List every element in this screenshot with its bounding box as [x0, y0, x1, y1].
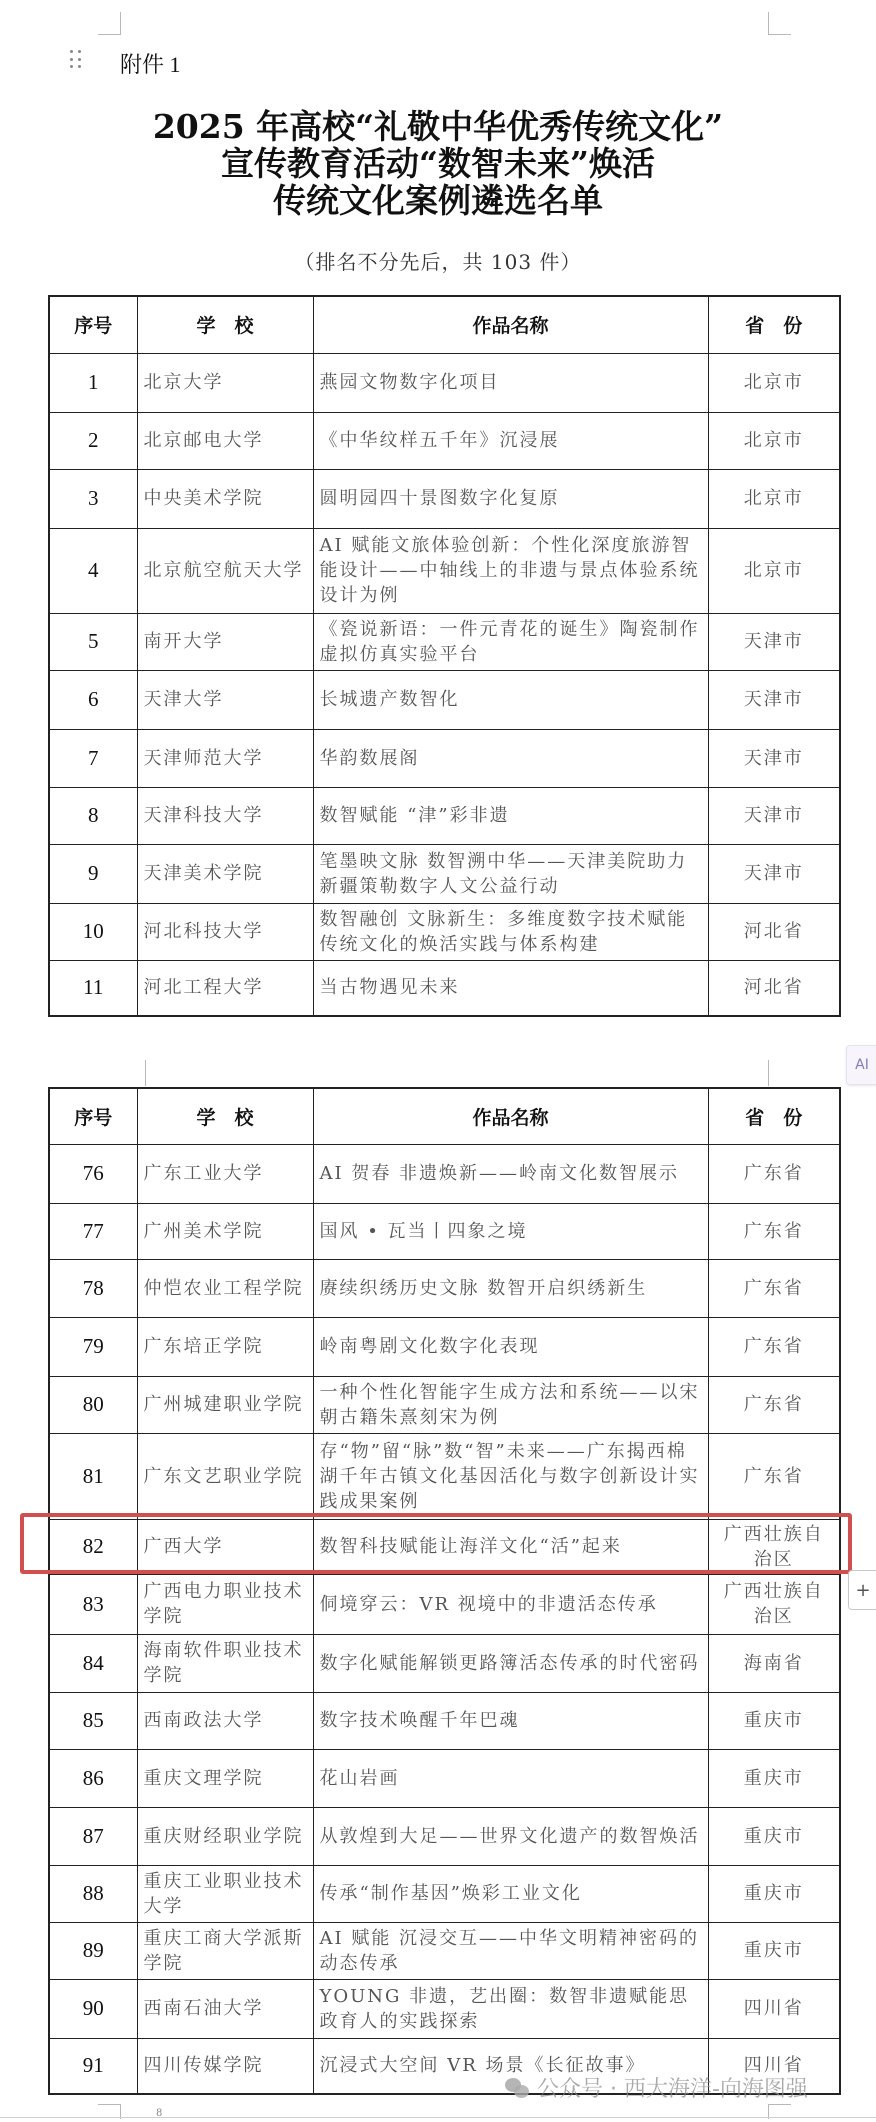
header-province: 省 份: [708, 296, 840, 353]
table-header-row: 序号 学 校 作品名称 省 份: [49, 1088, 840, 1144]
cell-school: 广西电力职业技术学院: [137, 1574, 313, 1634]
table-row: 88重庆工业职业技术大学传承“制作基因”焕彩工业文化重庆市: [49, 1865, 840, 1922]
cell-school: 广东培正学院: [137, 1317, 313, 1376]
cell-school: 北京航空航天大学: [137, 528, 313, 613]
cell-work: 数智科技赋能让海洋文化“活”起来: [313, 1519, 708, 1574]
cell-province: 天津市: [708, 729, 840, 787]
cell-no: 81: [49, 1433, 137, 1519]
header-school: 学 校: [137, 1088, 313, 1144]
cell-school: 广东文艺职业学院: [137, 1433, 313, 1519]
cell-no: 90: [49, 1979, 137, 2038]
wechat-icon: [505, 2076, 531, 2100]
cell-no: 3: [49, 469, 137, 528]
cell-school: 中央美术学院: [137, 469, 313, 528]
title-line-3: 传统文化案例遴选名单: [0, 182, 876, 219]
cell-province: 北京市: [708, 528, 840, 613]
document-subtitle: （排名不分先后，共 103 件）: [0, 246, 876, 275]
cell-work: 笔墨映文脉 数智溯中华——天津美院助力新疆策勒数字人文公益行动: [313, 844, 708, 903]
cell-province: 广东省: [708, 1144, 840, 1203]
cell-province: 天津市: [708, 787, 840, 844]
drag-handle-icon[interactable]: [70, 50, 82, 70]
table-row: 3中央美术学院圆明园四十景图数字化复原北京市: [49, 469, 840, 528]
cell-work: 当古物遇见未来: [313, 960, 708, 1016]
table-row: 84海南软件职业技术学院数字化赋能解锁更路簿活态传承的时代密码海南省: [49, 1634, 840, 1692]
cell-no: 2: [49, 412, 137, 469]
cell-province: 北京市: [708, 412, 840, 469]
cell-province: 海南省: [708, 1634, 840, 1692]
cell-province: 广东省: [708, 1317, 840, 1376]
cell-no: 82: [49, 1519, 137, 1574]
table-row: 85西南政法大学数字技术唤醒千年巴魂重庆市: [49, 1692, 840, 1749]
title-line-2: 宣传教育活动“数智未来”焕活: [0, 145, 876, 182]
selection-table-page-2: 序号 学 校 作品名称 省 份 76广东工业大学AI 贺春 非遗焕新——岭南文化…: [48, 1087, 841, 2095]
cell-no: 91: [49, 2038, 137, 2094]
cell-school: 重庆财经职业学院: [137, 1807, 313, 1865]
cell-school: 北京邮电大学: [137, 412, 313, 469]
cell-work: 燕园文物数字化项目: [313, 353, 708, 412]
header-work: 作品名称: [313, 1088, 708, 1144]
header-school: 学 校: [137, 296, 313, 353]
title-line-1: 2025 年高校“礼敬中华优秀传统文化”: [0, 108, 876, 145]
table-row: 86重庆文理学院花山岩画重庆市: [49, 1749, 840, 1807]
cell-work: 从敦煌到大足——世界文化遗产的数智焕活: [313, 1807, 708, 1865]
watermark: 公众号 · 西大海洋-向海图强: [505, 2072, 808, 2103]
cell-school: 重庆工商大学派斯学院: [137, 1922, 313, 1979]
attachment-label: 附件 1: [120, 48, 181, 79]
cell-school: 重庆文理学院: [137, 1749, 313, 1807]
cell-province: 四川省: [708, 1979, 840, 2038]
cell-work: 存“物”留“脉”数“智”未来——广东揭西棉湖千年古镇文化基因活化与数字创新设计实…: [313, 1433, 708, 1519]
header-province: 省 份: [708, 1088, 840, 1144]
cell-work: 长城遗产数智化: [313, 670, 708, 729]
cell-no: 77: [49, 1203, 137, 1259]
cell-no: 85: [49, 1692, 137, 1749]
cell-no: 76: [49, 1144, 137, 1203]
table-row: 82广西大学数智科技赋能让海洋文化“活”起来广西壮族自治区: [49, 1519, 840, 1574]
cell-school: 天津美术学院: [137, 844, 313, 903]
cell-no: 10: [49, 903, 137, 960]
cell-no: 84: [49, 1634, 137, 1692]
table-row: 81广东文艺职业学院存“物”留“脉”数“智”未来——广东揭西棉湖千年古镇文化基因…: [49, 1433, 840, 1519]
watermark-text: 公众号 · 西大海洋-向海图强: [537, 2072, 808, 2103]
cell-no: 83: [49, 1574, 137, 1634]
cell-work: 侗境穿云：VR 视境中的非遗活态传承: [313, 1574, 708, 1634]
cell-province: 广东省: [708, 1259, 840, 1317]
cell-province: 河北省: [708, 960, 840, 1016]
cell-school: 天津师范大学: [137, 729, 313, 787]
table-row: 77广州美术学院国风 • 瓦当丨四象之境广东省: [49, 1203, 840, 1259]
cell-school: 广州城建职业学院: [137, 1376, 313, 1433]
cell-school: 西南石油大学: [137, 1979, 313, 2038]
header-work: 作品名称: [313, 296, 708, 353]
cell-school: 河北科技大学: [137, 903, 313, 960]
cell-work: AI 贺春 非遗焕新——岭南文化数智展示: [313, 1144, 708, 1203]
cell-province: 北京市: [708, 353, 840, 412]
table-row: 10河北科技大学数智融创 文脉新生：多维度数字技术赋能传统文化的焕活实践与体系构…: [49, 903, 840, 960]
page-corner-mark-mid-left: [123, 1060, 146, 1086]
table-row: 4北京航空航天大学AI 赋能文旅体验创新：个性化深度旅游智能设计——中轴线上的非…: [49, 528, 840, 613]
add-row-button[interactable]: +: [848, 1570, 876, 1610]
cell-school: 海南软件职业技术学院: [137, 1634, 313, 1692]
table-row: 90西南石油大学YOUNG 非遗，艺出圈：数智非遗赋能思政育人的实践探索四川省: [49, 1979, 840, 2038]
ai-assistant-button[interactable]: AI: [846, 1045, 876, 1085]
cell-province: 重庆市: [708, 1865, 840, 1922]
cell-work: 《中华纹样五千年》沉浸展: [313, 412, 708, 469]
header-no: 序号: [49, 296, 137, 353]
cell-no: 86: [49, 1749, 137, 1807]
table-row: 79广东培正学院岭南粤剧文化数字化表现广东省: [49, 1317, 840, 1376]
cell-no: 8: [49, 787, 137, 844]
cell-school: 广东工业大学: [137, 1144, 313, 1203]
cell-no: 9: [49, 844, 137, 903]
cell-no: 80: [49, 1376, 137, 1433]
header-no: 序号: [49, 1088, 137, 1144]
cell-work: YOUNG 非遗，艺出圈：数智非遗赋能思政育人的实践探索: [313, 1979, 708, 2038]
table-row: 89重庆工商大学派斯学院AI 赋能 沉浸交互——中华文明精神密码的动态传承重庆市: [49, 1922, 840, 1979]
cell-work: 《瓷说新语：一件元青花的诞生》陶瓷制作虚拟仿真实验平台: [313, 613, 708, 670]
cell-no: 6: [49, 670, 137, 729]
cell-school: 重庆工业职业技术大学: [137, 1865, 313, 1922]
cell-province: 天津市: [708, 613, 840, 670]
cell-province: 广东省: [708, 1433, 840, 1519]
cell-work: 花山岩画: [313, 1749, 708, 1807]
cell-work: 数智赋能 “津”彩非遗: [313, 787, 708, 844]
selection-table-page-1: 序号 学 校 作品名称 省 份 1北京大学燕园文物数字化项目北京市2北京邮电大学…: [48, 295, 841, 1017]
cell-work: AI 赋能文旅体验创新：个性化深度旅游智能设计——中轴线上的非遗与景点体验系统设…: [313, 528, 708, 613]
table-header-row: 序号 学 校 作品名称 省 份: [49, 296, 840, 353]
cell-school: 西南政法大学: [137, 1692, 313, 1749]
cell-province: 广西壮族自治区: [708, 1574, 840, 1634]
cell-work: 数字技术唤醒千年巴魂: [313, 1692, 708, 1749]
cell-no: 4: [49, 528, 137, 613]
cell-school: 广西大学: [137, 1519, 313, 1574]
table-row: 8天津科技大学数智赋能 “津”彩非遗天津市: [49, 787, 840, 844]
table-row: 80广州城建职业学院一种个性化智能字生成方法和系统——以宋朝古籍朱熹刻宋为例广东…: [49, 1376, 840, 1433]
table-row: 6天津大学长城遗产数智化天津市: [49, 670, 840, 729]
cell-no: 11: [49, 960, 137, 1016]
cell-work: 数智融创 文脉新生：多维度数字技术赋能传统文化的焕活实践与体系构建: [313, 903, 708, 960]
cell-school: 南开大学: [137, 613, 313, 670]
table-row: 87重庆财经职业学院从敦煌到大足——世界文化遗产的数智焕活重庆市: [49, 1807, 840, 1865]
cell-province: 天津市: [708, 670, 840, 729]
cell-work: 赓续织绣历史文脉 数智开启织绣新生: [313, 1259, 708, 1317]
cell-no: 87: [49, 1807, 137, 1865]
cell-province: 天津市: [708, 844, 840, 903]
page-corner-mark-top-left: [98, 12, 121, 35]
cell-province: 重庆市: [708, 1692, 840, 1749]
cell-no: 1: [49, 353, 137, 412]
cell-province: 河北省: [708, 903, 840, 960]
page-separator: [0, 2117, 876, 2118]
table-row: 78仲恺农业工程学院赓续织绣历史文脉 数智开启织绣新生广东省: [49, 1259, 840, 1317]
cell-no: 78: [49, 1259, 137, 1317]
cell-school: 仲恺农业工程学院: [137, 1259, 313, 1317]
cell-school: 河北工程大学: [137, 960, 313, 1016]
table-row: 83广西电力职业技术学院侗境穿云：VR 视境中的非遗活态传承广西壮族自治区: [49, 1574, 840, 1634]
cell-no: 5: [49, 613, 137, 670]
table-row: 7天津师范大学华韵数展阁天津市: [49, 729, 840, 787]
cell-province: 重庆市: [708, 1749, 840, 1807]
cell-work: 圆明园四十景图数字化复原: [313, 469, 708, 528]
table-row: 1北京大学燕园文物数字化项目北京市: [49, 353, 840, 412]
table-row: 11河北工程大学当古物遇见未来河北省: [49, 960, 840, 1016]
cell-no: 88: [49, 1865, 137, 1922]
cell-school: 天津大学: [137, 670, 313, 729]
page-corner-mark-mid-right: [768, 1060, 791, 1086]
cell-work: AI 赋能 沉浸交互——中华文明精神密码的动态传承: [313, 1922, 708, 1979]
cell-school: 四川传媒学院: [137, 2038, 313, 2094]
cell-school: 北京大学: [137, 353, 313, 412]
cell-province: 重庆市: [708, 1922, 840, 1979]
cell-work: 国风 • 瓦当丨四象之境: [313, 1203, 708, 1259]
document-title: 2025 年高校“礼敬中华优秀传统文化” 宣传教育活动“数智未来”焕活 传统文化…: [0, 108, 876, 219]
page-corner-mark-top-right: [768, 12, 791, 35]
cell-school: 广州美术学院: [137, 1203, 313, 1259]
cell-province: 广东省: [708, 1203, 840, 1259]
cell-work: 传承“制作基因”焕彩工业文化: [313, 1865, 708, 1922]
cell-province: 广西壮族自治区: [708, 1519, 840, 1574]
table-row: 9天津美术学院笔墨映文脉 数智溯中华——天津美院助力新疆策勒数字人文公益行动天津…: [49, 844, 840, 903]
cell-province: 北京市: [708, 469, 840, 528]
cell-province: 广东省: [708, 1376, 840, 1433]
cell-no: 79: [49, 1317, 137, 1376]
cell-province: 重庆市: [708, 1807, 840, 1865]
cell-work: 数字化赋能解锁更路簿活态传承的时代密码: [313, 1634, 708, 1692]
cell-work: 岭南粤剧文化数字化表现: [313, 1317, 708, 1376]
cell-work: 华韵数展阁: [313, 729, 708, 787]
cell-school: 天津科技大学: [137, 787, 313, 844]
cell-work: 一种个性化智能字生成方法和系统——以宋朝古籍朱熹刻宋为例: [313, 1376, 708, 1433]
cell-no: 89: [49, 1922, 137, 1979]
table-row: 5南开大学《瓷说新语：一件元青花的诞生》陶瓷制作虚拟仿真实验平台天津市: [49, 613, 840, 670]
table-row: 76广东工业大学AI 贺春 非遗焕新——岭南文化数智展示广东省: [49, 1144, 840, 1203]
cell-no: 7: [49, 729, 137, 787]
table-row: 2北京邮电大学《中华纹样五千年》沉浸展北京市: [49, 412, 840, 469]
